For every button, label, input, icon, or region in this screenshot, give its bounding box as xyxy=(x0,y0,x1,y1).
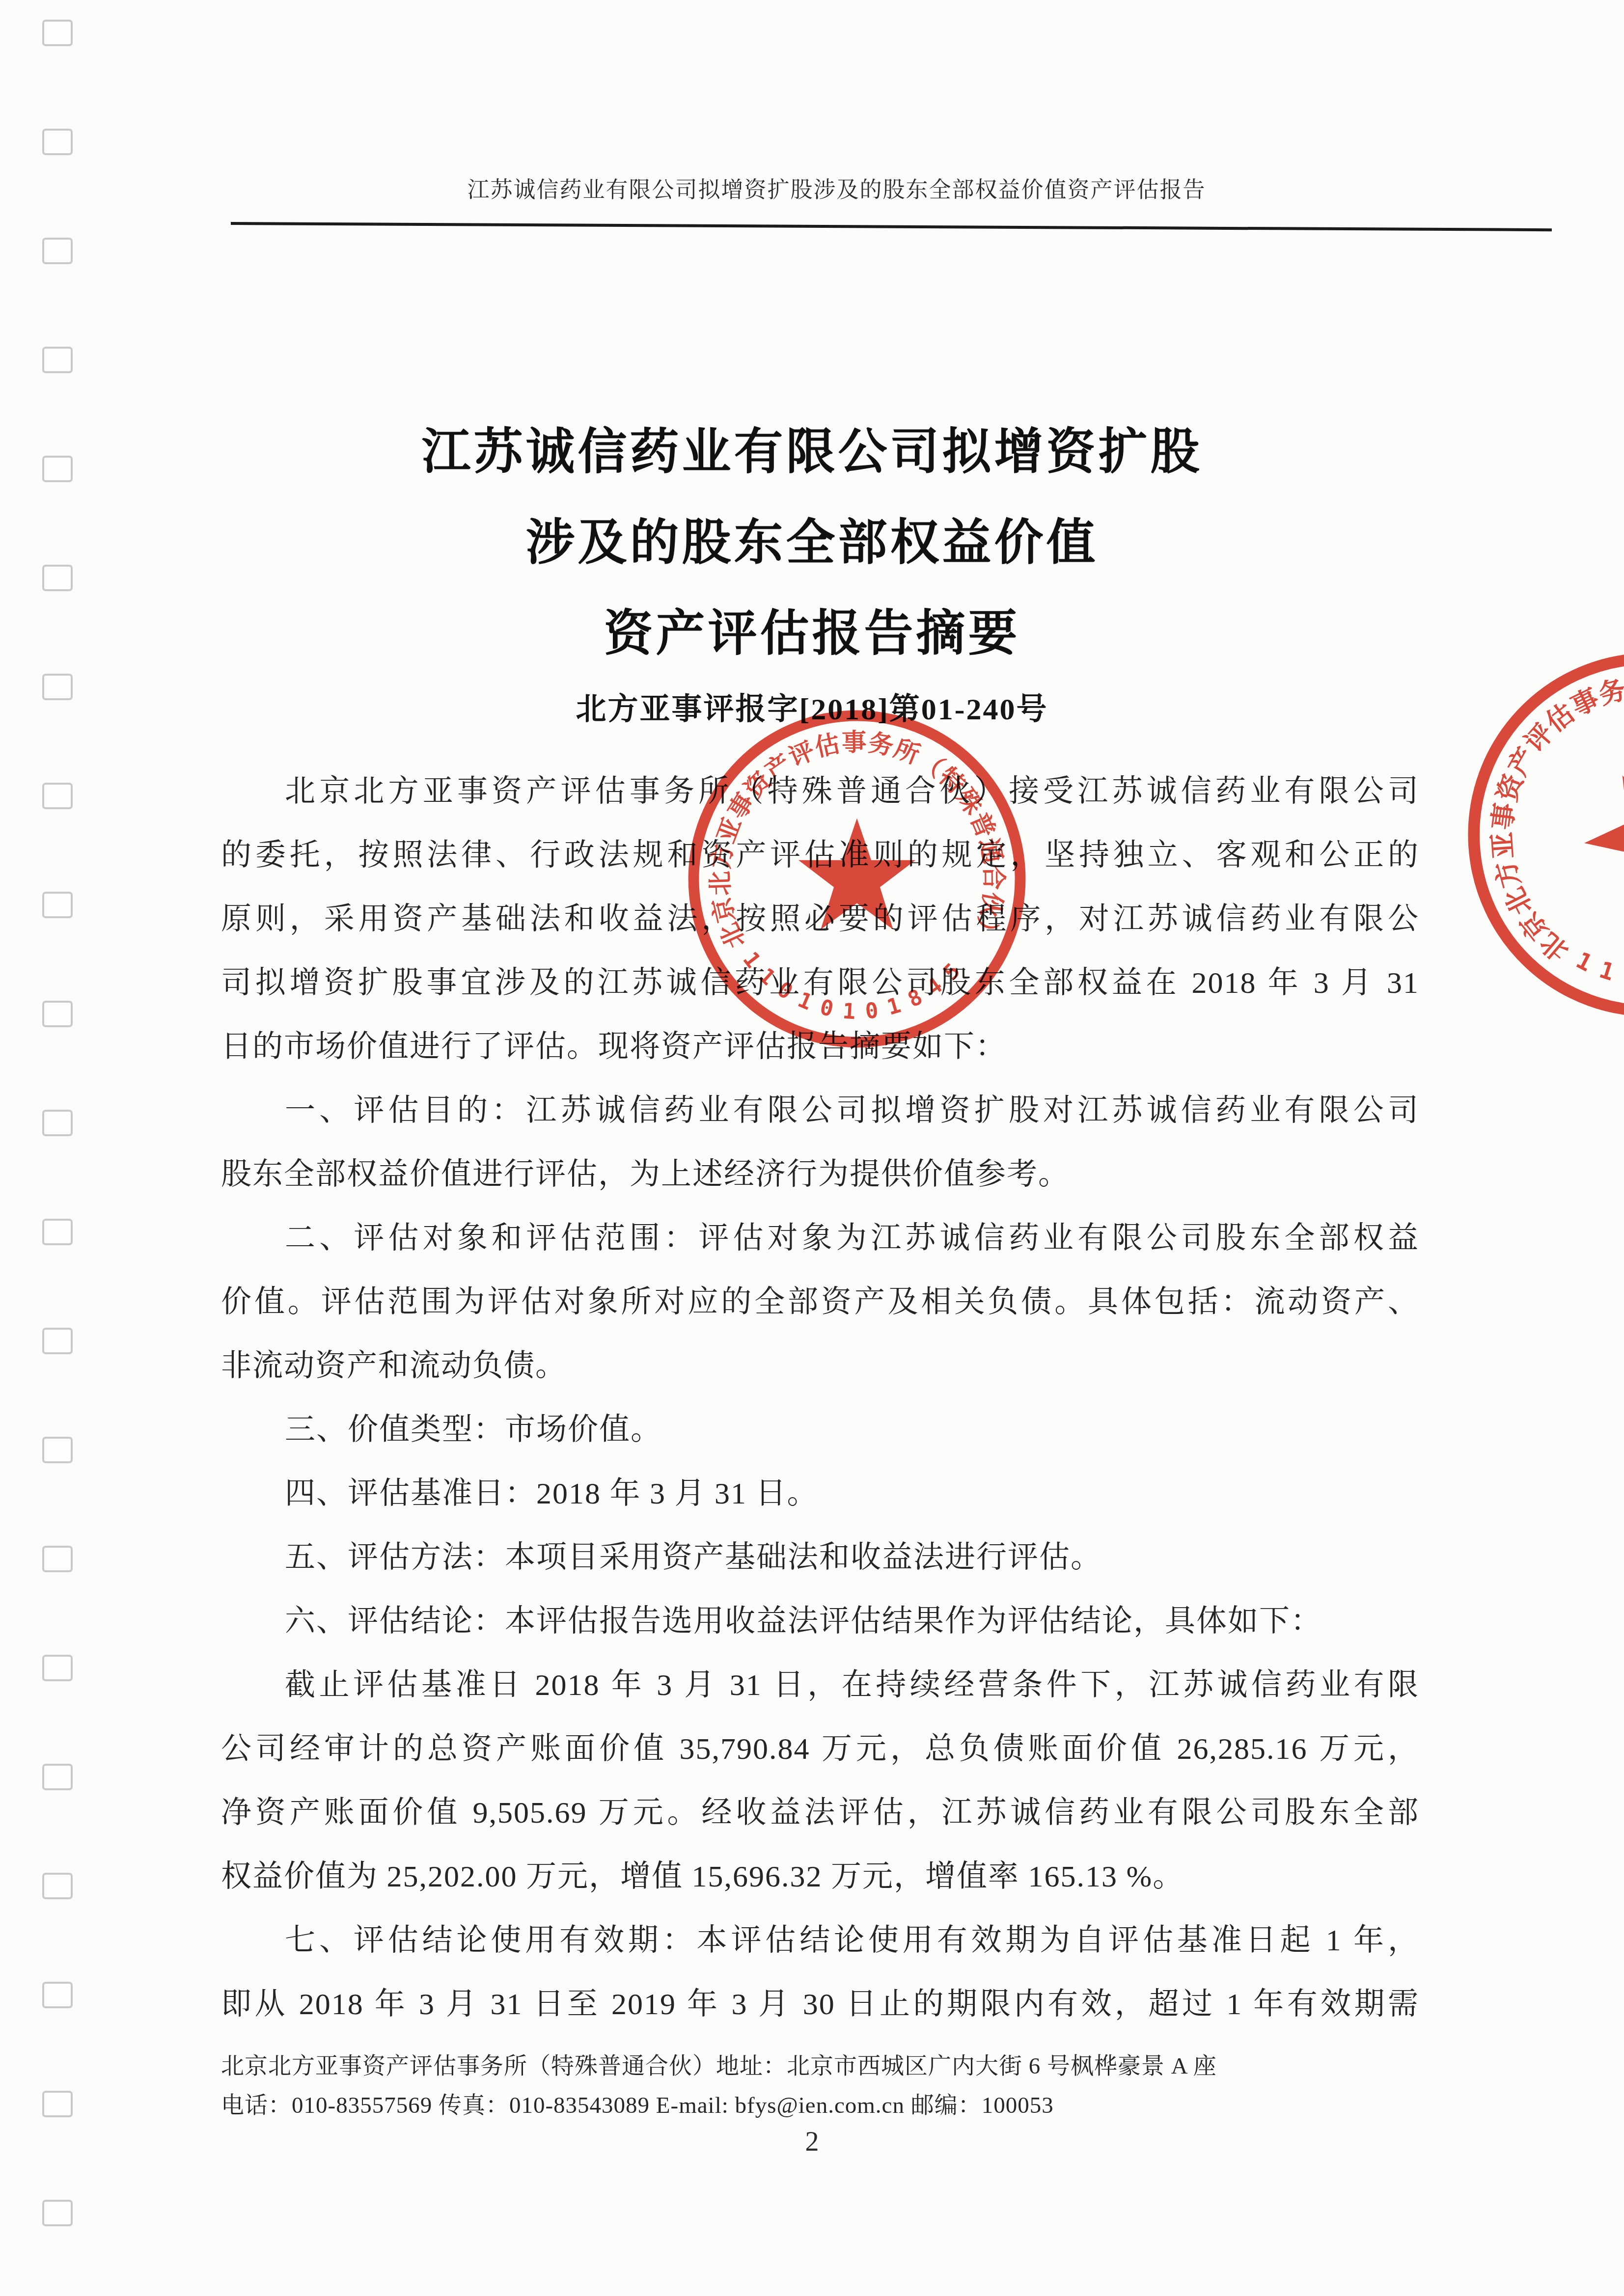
binding-hole xyxy=(42,2200,73,2226)
binding-hole xyxy=(42,1219,73,1245)
title-line-1: 江苏诚信药业有限公司拟增资扩股 xyxy=(0,407,1624,497)
running-header: 江苏诚信药业有限公司拟增资扩股涉及的股东全部权益价值资产评估报告 xyxy=(49,173,1624,207)
binding-hole xyxy=(42,20,73,46)
binding-hole xyxy=(42,2091,73,2117)
footer: 北京北方亚事资产评估事务所（特殊普通合伙）地址：北京市西城区广内大街 6 号枫桦… xyxy=(221,2047,1565,2125)
binding-hole xyxy=(42,1655,73,1681)
body-line: 四、评估基准日：2018 年 3 月 31 日。 xyxy=(221,1462,1419,1526)
body-line: 截止评估基准日 2018 年 3 月 31 日，在持续经营条件下，江苏诚信药业有… xyxy=(221,1653,1419,1717)
binding-hole xyxy=(42,1982,73,2008)
binding-hole xyxy=(42,129,73,155)
binding-hole xyxy=(42,1001,73,1027)
document-page: 江苏诚信药业有限公司拟增资扩股涉及的股东全部权益价值资产评估报告 江苏诚信药业有… xyxy=(0,0,1624,2296)
body-line: 七、评估结论使用有效期：本评估结论使用有效期为自评估基准日起 1 年， xyxy=(221,1909,1419,1972)
title-line-2: 涉及的股东全部权益价值 xyxy=(0,497,1624,588)
body-line: 非流动资产和流动负债。 xyxy=(221,1334,1419,1398)
body-line: 三、价值类型：市场价值。 xyxy=(221,1398,1419,1462)
header-rule xyxy=(231,222,1552,231)
body-line: 五、评估方法：本项目采用资产基础法和收益法进行评估。 xyxy=(221,1526,1419,1589)
edge-stamp: 北京北方亚事资产评估事务所（特殊普通合伙） 11010101845 xyxy=(1449,633,1624,1036)
binding-hole xyxy=(42,1546,73,1572)
title-line-3: 资产评估报告摘要 xyxy=(0,588,1624,679)
footer-address: 北京北方亚事资产评估事务所（特殊普通合伙）地址：北京市西城区广内大街 6 号枫桦… xyxy=(221,2047,1565,2086)
body-line: 即从 2018 年 3 月 31 日至 2019 年 3 月 30 日止的期限内… xyxy=(221,1972,1419,2036)
binding-hole xyxy=(42,783,73,809)
binding-hole xyxy=(42,347,73,373)
footer-contacts: 电话：010-83557569 传真：010-83543089 E-mail: … xyxy=(221,2086,1565,2125)
binding-hole xyxy=(42,1437,73,1463)
page-number: 2 xyxy=(0,2126,1624,2158)
body-line: 公司经审计的总资产账面价值 35,790.84 万元，总负债账面价值 26,28… xyxy=(221,1717,1419,1781)
binding-hole xyxy=(42,1110,73,1136)
binding-hole xyxy=(42,238,73,264)
stamp-star xyxy=(798,819,915,929)
binding-hole xyxy=(42,892,73,918)
binding-hole xyxy=(42,1873,73,1899)
binding-hole xyxy=(42,1328,73,1354)
document-title: 江苏诚信药业有限公司拟增资扩股 涉及的股东全部权益价值 资产评估报告摘要 xyxy=(0,407,1624,679)
binding-hole xyxy=(42,1764,73,1790)
body-line: 一、评估目的：江苏诚信药业有限公司拟增资扩股对江苏诚信药业有限公司 xyxy=(221,1079,1419,1143)
body-line: 权益价值为 25,202.00 万元，增值 15,696.32 万元，增值率 1… xyxy=(221,1845,1419,1909)
official-stamp: 北京北方亚事资产评估事务所（特殊普通合伙） 11010101845 xyxy=(670,692,1044,1066)
body-line: 股东全部权益价值进行评估，为上述经济行为提供价值参考。 xyxy=(221,1143,1419,1206)
body-line: 净资产账面价值 9,505.69 万元。经收益法评估，江苏诚信药业有限公司股东全… xyxy=(221,1781,1419,1845)
body-line: 二、评估对象和评估范围：评估对象为江苏诚信药业有限公司股东全部权益 xyxy=(221,1206,1419,1270)
body-line: 价值。评估范围为评估对象所对应的全部资产及相关负债。具体包括：流动资产、 xyxy=(221,1270,1419,1334)
edge-stamp-star xyxy=(1565,749,1624,911)
body-line: 六、评估结论：本评估报告选用收益法评估结果作为评估结论，具体如下： xyxy=(221,1589,1419,1653)
